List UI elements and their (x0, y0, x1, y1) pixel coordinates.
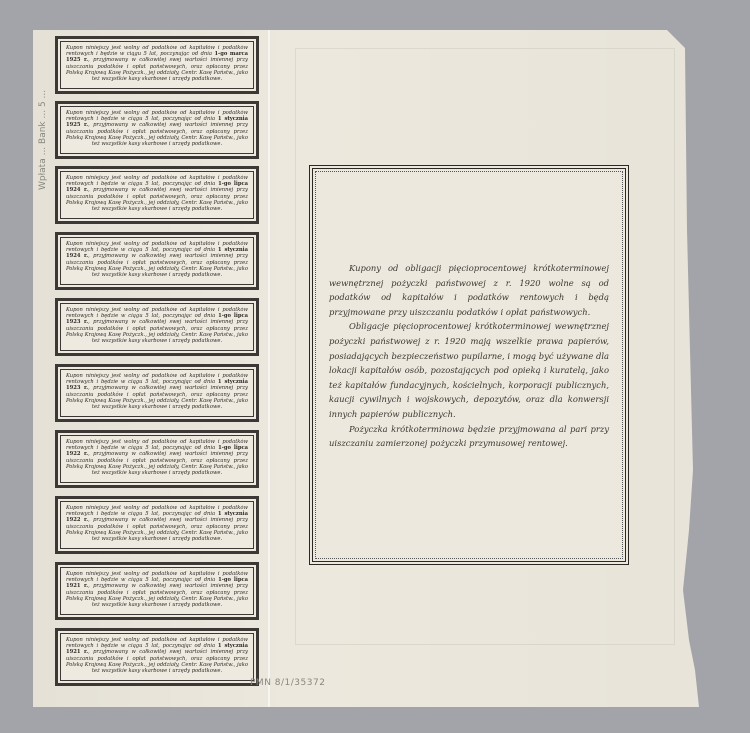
coupon: Kupon niniejszy jest wolny od podatków o… (55, 496, 259, 554)
coupon: Kupon niniejszy jest wolny od podatków o… (55, 562, 259, 620)
coupon: Kupon niniejszy jest wolny od podatków o… (55, 232, 259, 290)
coupon-text: Kupon niniejszy jest wolny od podatków o… (66, 571, 248, 612)
coupon: Kupon niniejszy jest wolny od podatków o… (55, 166, 259, 224)
coupon-text: Kupon niniejszy jest wolny od podatków o… (66, 439, 248, 480)
main-paragraph: Obligacje pięcioprocentowej krótkotermin… (329, 319, 609, 421)
coupon-text: Kupon niniejszy jest wolny od podatków o… (66, 505, 248, 546)
coupon-text: Kupon niniejszy jest wolny od podatków o… (66, 637, 248, 678)
coupon: Kupon niniejszy jest wolny od podatków o… (55, 430, 259, 488)
coupon: Kupon niniejszy jest wolny od podatków o… (55, 101, 259, 159)
coupon-text: Kupon niniejszy jest wolny od podatków o… (66, 241, 248, 282)
coupon: Kupon niniejszy jest wolny od podatków o… (55, 364, 259, 422)
main-paragraph: Pożyczka krótkoterminowa będzie przyjmow… (329, 422, 609, 451)
coupon: Kupon niniejszy jest wolny od podatków o… (55, 298, 259, 356)
coupon: Kupon niniejszy jest wolny od podatków o… (55, 36, 259, 94)
show-through-title (373, 187, 573, 197)
inventory-number: PMN 8/1/35372 (250, 678, 325, 688)
main-paragraph: Kupony od obligacji pięcioprocentowej kr… (329, 261, 609, 319)
coupon-text: Kupon niniejszy jest wolny od podatków o… (66, 373, 248, 414)
coupon-text: Kupon niniejszy jest wolny od podatków o… (66, 307, 248, 348)
coupon-text: Kupon niniejszy jest wolny od podatków o… (66, 45, 248, 86)
main-text-body: Kupony od obligacji pięcioprocentowej kr… (329, 261, 609, 451)
main-text-frame: Kupony od obligacji pięcioprocentowej kr… (309, 165, 629, 565)
pencil-margin-note: Wpłata ... Bank ... 5 ... (38, 90, 48, 190)
coupon: Kupon niniejszy jest wolny od podatków o… (55, 628, 259, 686)
fold-line (268, 30, 270, 707)
coupon-text: Kupon niniejszy jest wolny od podatków o… (66, 110, 248, 151)
coupon-text: Kupon niniejszy jest wolny od podatków o… (66, 175, 248, 216)
